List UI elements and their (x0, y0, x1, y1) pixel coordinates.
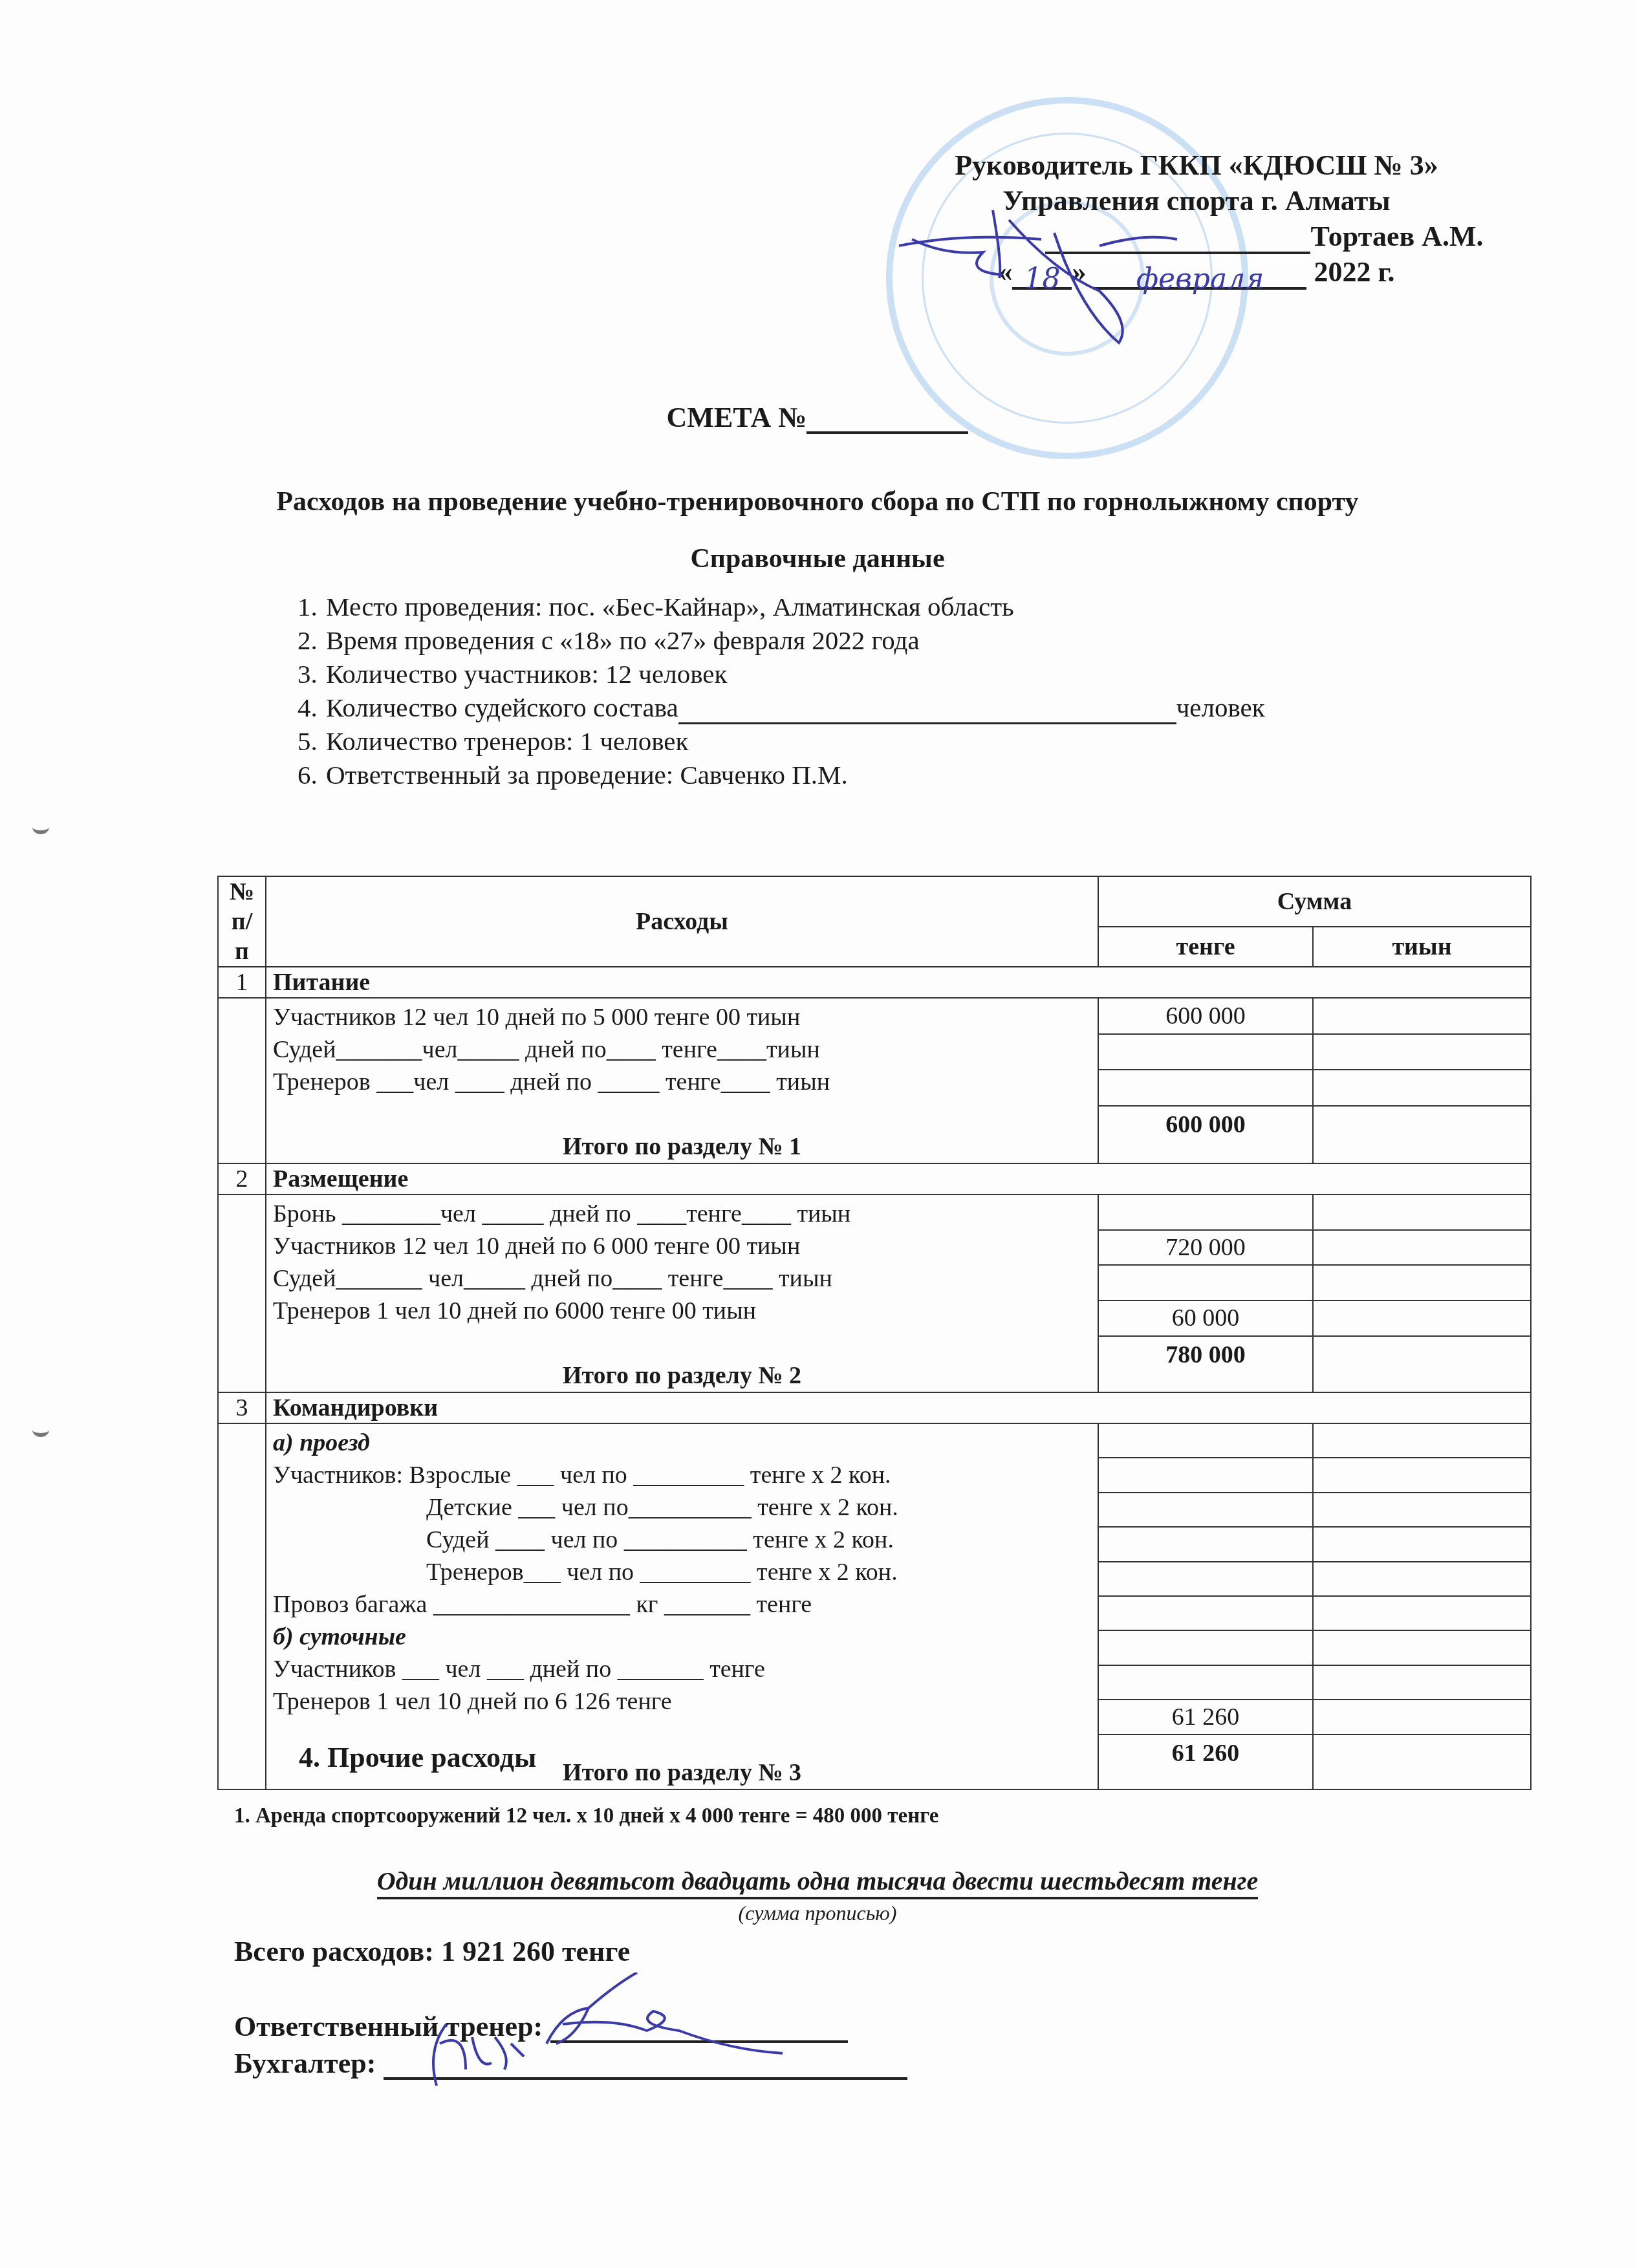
section-total-label: Итого по разделу № 2 (273, 1359, 1091, 1392)
header-sum: Сумма (1098, 876, 1531, 927)
section-total-tenge: 600 000 (1098, 1106, 1313, 1163)
sum-in-words-text: Один миллион девятьсот двадцать одна тыс… (377, 1866, 1259, 1899)
item-number: 5. (298, 724, 326, 758)
item-number: 4. (298, 691, 326, 724)
amount-tiyn (1313, 1070, 1531, 1106)
section-num-spacer (218, 998, 266, 1163)
amount-tiyn (1313, 1230, 1531, 1266)
expense-line: Тренеров ___чел ____ дней по _____ тенге… (273, 1066, 1091, 1098)
header-expenses: Расходы (266, 876, 1098, 967)
title-text: СМЕТА № (667, 402, 807, 433)
amount-tiyn (1313, 1493, 1531, 1527)
reference-item: 4.Количество судейского составачеловек (298, 691, 1265, 724)
other-expense-item: 1. Аренда спортсооружений 12 чел. х 10 д… (234, 1804, 938, 1828)
total-expenses: Всего расходов: 1 921 260 тенге (234, 1935, 630, 1968)
sum-in-words-caption: (сумма прописью) (0, 1901, 1635, 1925)
item-number: 6. (298, 758, 326, 792)
section-total-tenge: 780 000 (1098, 1336, 1313, 1392)
section-title: Питание (266, 967, 1531, 998)
reference-item: 2.Время проведения с «18» по «27» феврал… (298, 623, 1265, 657)
amount-tenge (1098, 1458, 1313, 1492)
amount-tiyn (1313, 1034, 1531, 1070)
expense-line: Судей ____ чел по __________ тенге х 2 к… (273, 1524, 1091, 1556)
amount-tenge (1098, 1034, 1313, 1070)
expense-line: Тренеров 1 чел 10 дней по 6 126 тенге (273, 1685, 1091, 1718)
amount-tiyn (1313, 1665, 1531, 1700)
section-description: а) проездУчастников: Взрослые ___ чел по… (266, 1423, 1098, 1789)
section-total-label: Итого по разделу № 1 (273, 1130, 1091, 1163)
amount-tenge: 600 000 (1098, 998, 1313, 1034)
amount-tiyn (1313, 1630, 1531, 1665)
section-title: Командировки (266, 1392, 1531, 1423)
item-text: Время проведения с «18» по «27» февраля … (326, 623, 920, 657)
expense-line-row: Участников 12 чел 10 дней по 5 000 тенге… (218, 998, 1531, 1034)
expense-line: Детские ___ чел по__________ тенге х 2 к… (273, 1491, 1091, 1524)
amount-tenge: 720 000 (1098, 1230, 1313, 1266)
amount-tiyn (1313, 1194, 1531, 1230)
item-suffix: человек (1176, 693, 1265, 722)
amount-tenge: 60 000 (1098, 1301, 1313, 1336)
header-tenge: тенге (1098, 927, 1313, 967)
reference-list: 1.Место проведения: пос. «Бес-Кайнар», А… (298, 590, 1265, 792)
other-expenses-heading: 4. Прочие расходы (299, 1741, 536, 1774)
section-title: Размещение (266, 1163, 1531, 1194)
section-description: Участников 12 чел 10 дней по 5 000 тенге… (266, 998, 1098, 1163)
amount-tiyn (1313, 1458, 1531, 1492)
section-number: 2 (218, 1163, 266, 1194)
expense-line: Тренеров___ чел по _________ тенге х 2 к… (273, 1556, 1091, 1588)
reference-heading: Справочные данные (0, 543, 1635, 574)
section-total-tenge: 61 260 (1098, 1734, 1313, 1789)
hole-punch-mark (32, 820, 49, 834)
expense-table: № п/п Расходы Сумма тенге тиын 1ПитаниеУ… (217, 876, 1532, 1790)
expense-line-row: а) проездУчастников: Взрослые ___ чел по… (218, 1423, 1531, 1458)
item-number: 3. (298, 657, 326, 691)
amount-tenge (1098, 1562, 1313, 1596)
document-subtitle: Расходов на проведение учебно-тренировоч… (0, 486, 1635, 517)
expense-line: Участников ___ чел ___ дней по _______ т… (273, 1653, 1091, 1685)
item-text: Количество участников: 12 человек (326, 657, 727, 691)
section-description: Бронь ________чел _____ дней по ____тенг… (266, 1194, 1098, 1392)
amount-tiyn (1313, 1423, 1531, 1458)
amount-tiyn (1313, 1562, 1531, 1596)
amount-tiyn (1313, 1301, 1531, 1336)
section-total-tiyn (1313, 1336, 1531, 1392)
expense-line: Провоз багажа ________________ кг ______… (273, 1588, 1091, 1621)
section-number: 3 (218, 1392, 266, 1423)
amount-tenge: 61 260 (1098, 1700, 1313, 1734)
expense-line: Бронь ________чел _____ дней по ____тенг… (273, 1198, 1091, 1230)
section-num-spacer (218, 1423, 266, 1789)
expense-line: б) суточные (273, 1621, 1091, 1653)
reference-item: 5.Количество тренеров: 1 человек (298, 724, 1265, 758)
reference-item: 3.Количество участников: 12 человек (298, 657, 1265, 691)
section-row: 3Командировки (218, 1392, 1531, 1423)
section-row: 2Размещение (218, 1163, 1531, 1194)
section-num-spacer (218, 1194, 266, 1392)
expense-line: Тренеров 1 чел 10 дней по 6000 тенге 00 … (273, 1295, 1091, 1327)
sum-in-words: Один миллион девятьсот двадцать одна тыс… (0, 1866, 1635, 1896)
amount-tenge (1098, 1265, 1313, 1301)
item-number: 1. (298, 590, 326, 623)
expense-line: Судей_______ чел_____ дней по____ тенге_… (273, 1262, 1091, 1295)
amount-tenge (1098, 1630, 1313, 1665)
amount-tiyn (1313, 1700, 1531, 1734)
director-signature (886, 194, 1248, 362)
amount-tenge (1098, 1070, 1313, 1106)
approval-title: Руководитель ГККП «КДЮСШ № 3» (860, 147, 1533, 183)
section-total-tiyn (1313, 1106, 1531, 1163)
expense-line: Участников 12 чел 10 дней по 5 000 тенге… (273, 1001, 1091, 1033)
document-number-blank (807, 407, 968, 434)
header-num: № п/п (218, 876, 266, 967)
hole-punch-mark (32, 1423, 49, 1437)
expense-line: Участников 12 чел 10 дней по 6 000 тенге… (273, 1230, 1091, 1262)
amount-tenge (1098, 1194, 1313, 1230)
amount-tiyn (1313, 1265, 1531, 1301)
judges-count-blank (678, 699, 1176, 724)
reference-item: 1.Место проведения: пос. «Бес-Кайнар», А… (298, 590, 1265, 623)
item-text: Количество судейского состава (326, 693, 678, 722)
expense-line: а) проезд (273, 1427, 1091, 1459)
amount-tiyn (1313, 998, 1531, 1034)
document-title: СМЕТА № (0, 401, 1635, 434)
amount-tenge (1098, 1596, 1313, 1630)
item-text: Количество тренеров: 1 человек (326, 724, 688, 758)
amount-tenge (1098, 1665, 1313, 1700)
date-year: 2022 г. (1314, 256, 1394, 288)
section-total-tiyn (1313, 1734, 1531, 1789)
amount-tenge (1098, 1493, 1313, 1527)
handwritten-signatures (343, 1972, 990, 2102)
reference-item: 6.Ответственный за проведение: Савченко … (298, 758, 1265, 792)
amount-tiyn (1313, 1596, 1531, 1630)
section-row: 1Питание (218, 967, 1531, 998)
expense-line: Участников: Взрослые ___ чел по ________… (273, 1459, 1091, 1491)
expense-line: Судей_______чел_____ дней по____ тенге__… (273, 1033, 1091, 1066)
approval-signatory: Тортаев А.М. (1310, 221, 1483, 252)
amount-tenge (1098, 1423, 1313, 1458)
header-tiyn: тиын (1313, 927, 1531, 967)
item-number: 2. (298, 623, 326, 657)
section-number: 1 (218, 967, 266, 998)
item-text: Ответственный за проведение: Савченко П.… (326, 758, 848, 792)
expense-line-row: Бронь ________чел _____ дней по ____тенг… (218, 1194, 1531, 1230)
amount-tiyn (1313, 1527, 1531, 1561)
item-text: Место проведения: пос. «Бес-Кайнар», Алм… (326, 590, 1014, 623)
amount-tenge (1098, 1527, 1313, 1561)
